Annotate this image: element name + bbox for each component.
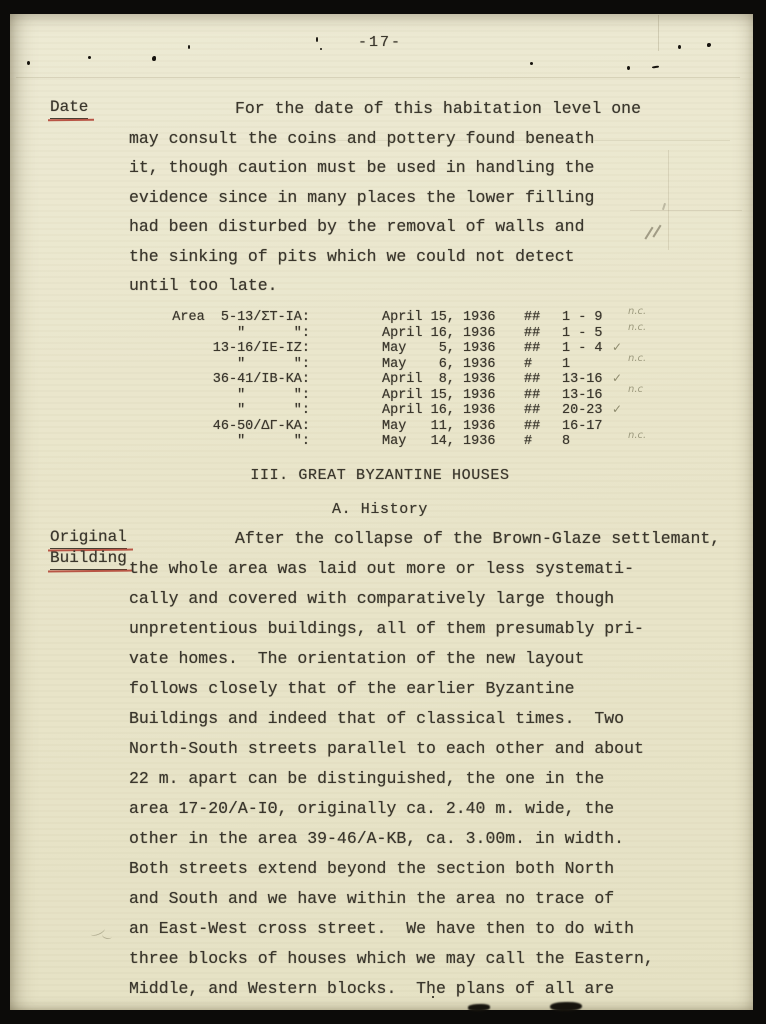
pencil-annotation: n.c.	[612, 353, 708, 364]
table-row: " ": May 6, 1936 # 1 n.c.	[0, 357, 766, 373]
paper-crease	[658, 15, 659, 51]
text-line: cally and covered with comparatively lar…	[129, 584, 681, 614]
text-line: three blocks of houses which we may call…	[129, 944, 681, 974]
notebook-hash-mark: ##	[524, 403, 540, 418]
notebook-hash-mark: #	[524, 434, 532, 449]
page-number: -17-	[130, 34, 630, 51]
text-line: Buildings and indeed that of classical t…	[129, 704, 681, 734]
table-row: " ": April 15, 1936 ## 13-16 n.c	[0, 388, 766, 404]
text-line: 22 m. apart can be distinguished, the on…	[129, 764, 681, 794]
page-range: 13-16	[562, 372, 603, 387]
text-line: vate homes. The orientation of the new l…	[129, 644, 681, 674]
pencil-annotation: n.c.	[612, 430, 708, 441]
date-value: April 15, 1936	[382, 310, 495, 325]
ink-speck	[188, 45, 190, 49]
paragraph-date-discussion: For the date of this habitation level on…	[129, 94, 681, 301]
area-label: " ":	[160, 434, 310, 449]
page-range: 8	[562, 434, 570, 449]
subsection-heading: A. History	[130, 501, 630, 518]
pencil-annotation: n.c.	[612, 322, 708, 333]
area-label: 13-16/IE-IZ:	[160, 341, 310, 356]
paper-crease	[300, 140, 730, 141]
area-label: " ":	[160, 403, 310, 418]
area-label: 46-50/ΔΓ-KA:	[160, 419, 310, 434]
text-line: Both streets extend beyond the section b…	[129, 854, 681, 884]
text-line: other in the area 39-46/A-KB, ca. 3.00m.…	[129, 824, 681, 854]
margin-note-original-building: OriginalBuilding	[50, 528, 127, 570]
edge-smudge	[468, 1004, 490, 1012]
text-line: and South and we have within the area no…	[129, 884, 681, 914]
notebook-hash-mark: ##	[524, 341, 540, 356]
area-label: " ":	[160, 388, 310, 403]
text-line: unpretentious buildings, all of them pre…	[129, 614, 681, 644]
text-line: until too late.	[129, 271, 681, 301]
ink-speck	[432, 996, 434, 998]
table-row: " ": April 16, 1936 ## 1 - 5 n.c.	[0, 326, 766, 342]
paper-crease	[668, 150, 669, 250]
margin-note-date: Date	[50, 98, 88, 119]
text-line: Middle, and Western blocks. The plans of…	[129, 974, 681, 1004]
ink-speck	[678, 45, 681, 49]
page-range: 16-17	[562, 419, 603, 434]
page-range: 20-23	[562, 403, 603, 418]
text-line: North-South streets parallel to each oth…	[129, 734, 681, 764]
page-range: 1 - 5	[562, 326, 603, 341]
notebook-hash-mark: ##	[524, 388, 540, 403]
notebook-hash-mark: ##	[524, 372, 540, 387]
paper-crease	[630, 210, 742, 211]
pencil-annotation: ✓	[612, 402, 692, 416]
text-line: an East-West cross street. We have then …	[129, 914, 681, 944]
pencil-annotation: n.c.	[612, 306, 708, 317]
date-value: May 11, 1936	[382, 419, 495, 434]
ink-speck	[627, 66, 630, 70]
date-value: May 5, 1936	[382, 341, 495, 356]
text-line: may consult the coins and pottery found …	[129, 124, 681, 154]
margin-note-label: Original	[50, 528, 127, 549]
date-value: May 6, 1936	[382, 357, 495, 372]
date-value: May 14, 1936	[382, 434, 495, 449]
page-range: 13-16	[562, 388, 603, 403]
text-line: After the collapse of the Brown-Glaze se…	[129, 524, 681, 554]
text-line: follows closely that of the earlier Byza…	[129, 674, 681, 704]
ink-speck	[316, 37, 318, 42]
date-value: April 16, 1936	[382, 403, 495, 418]
date-value: April 8, 1936	[382, 372, 495, 387]
date-value: April 15, 1936	[382, 388, 495, 403]
text-line: For the date of this habitation level on…	[129, 94, 681, 124]
document-scan-page: -17- Date For the date of this habitatio…	[0, 0, 766, 1024]
text-line: area 17-20/A-IΘ, originally ca. 2.40 m. …	[129, 794, 681, 824]
area-label: Area 5-13/ΣT-IA:	[160, 310, 310, 325]
text-line: it, though caution must be used in handl…	[129, 153, 681, 183]
section-heading: III. GREAT BYZANTINE HOUSES	[130, 467, 630, 484]
notebook-hash-mark: ##	[524, 310, 540, 325]
margin-note-label: Building	[50, 549, 127, 570]
ink-speck	[27, 61, 30, 65]
page-range: 1	[562, 357, 570, 372]
excavation-log-table: Area 5-13/ΣT-IA: April 15, 1936 ## 1 - 9…	[0, 310, 766, 450]
table-row: " ": May 14, 1936 # 8 n.c.	[0, 434, 766, 450]
ink-speck	[88, 56, 91, 59]
area-label: " ":	[160, 357, 310, 372]
area-label: 36-41/IB-KA:	[160, 372, 310, 387]
ink-speck	[530, 62, 533, 65]
page-range: 1 - 9	[562, 310, 603, 325]
margin-note-label: Date	[50, 98, 88, 119]
paper-crease	[16, 77, 740, 78]
date-value: April 16, 1936	[382, 326, 495, 341]
page-range: 1 - 4	[562, 341, 603, 356]
pencil-annotation: n.c	[612, 384, 708, 395]
notebook-hash-mark: ##	[524, 419, 540, 434]
area-label: " ":	[160, 326, 310, 341]
ink-speck	[152, 56, 156, 61]
notebook-hash-mark: #	[524, 357, 532, 372]
text-line: the sinking of pits which we could not d…	[129, 242, 681, 272]
table-row: " ": April 16, 1936 ## 20-23 ✓	[0, 403, 766, 419]
ink-speck	[320, 48, 322, 50]
text-line: evidence since in many places the lower …	[129, 183, 681, 213]
text-line: the whole area was laid out more or less…	[129, 554, 681, 584]
paragraph-history: After the collapse of the Brown-Glaze se…	[129, 524, 681, 1004]
text-line: had been disturbed by the removal of wal…	[129, 212, 681, 242]
notebook-hash-mark: ##	[524, 326, 540, 341]
